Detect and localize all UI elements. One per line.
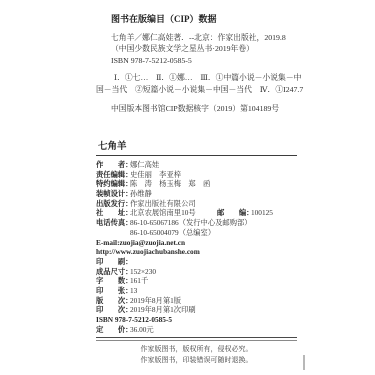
field-label: 作 者： <box>96 160 130 170</box>
field-value: 陈 涛 杨玉梅 郑 函 <box>130 179 210 188</box>
email-text: E-mail:zuojia@zuojia.net.cn <box>96 238 185 247</box>
return-notice: 作家版图书，印装错误可随时退换。 <box>96 355 297 366</box>
colophon-row-publisher: 出版发行：作家出版社有限公司 <box>96 199 297 209</box>
cip-class-line-2: 国－当代 ②短篇小说－小说集－中国－当代 Ⅳ．①I247.7 <box>96 84 308 95</box>
cip-class-line-1: Ⅰ．①七… Ⅱ．①娜… Ⅲ．①中篇小说－小说集－中 <box>96 72 308 83</box>
colophon-row-email: E-mail:zuojia@zuojia.net.cn <box>96 238 297 248</box>
colophon-row-address: 社 址：北京农展馆南里10号 邮 编：100125 <box>96 208 297 218</box>
colophon-row-price: 定 价：36.00元 <box>96 325 297 335</box>
colophon-row-website: http://www.zuojiachubanshe.com <box>96 247 297 257</box>
cip-entry-line-1: 七角羊／娜仁高娃著．--北京：作家出版社，2019.8 <box>96 32 308 43</box>
spacer <box>96 95 308 103</box>
cip-header: 图书在版编目（CIP）数据 <box>96 14 308 25</box>
title-rule <box>96 155 297 156</box>
field-value: 86-10-65004079（总编室） <box>130 228 215 237</box>
field-value: 史佳丽 李亚梓 <box>130 170 181 179</box>
field-label: 印 次： <box>96 305 130 315</box>
field-label: 装帧设计： <box>96 189 130 199</box>
field-label: 电话传真： <box>96 218 130 228</box>
field-label: 出版发行： <box>96 199 130 209</box>
colophon-row-word-count: 字 数：161千 <box>96 276 297 286</box>
field-label: 责任编辑： <box>96 170 130 180</box>
colophon-row-trim-size: 成品尺寸：152×230 <box>96 267 297 277</box>
page-edge-mark <box>303 355 305 370</box>
field-value: 孙维静 <box>130 189 152 198</box>
field-label: 社 址： <box>96 208 130 218</box>
field-value: 13 <box>130 286 137 295</box>
colophon-row-sheets: 印 张：13 <box>96 286 297 296</box>
colophon-row-designer: 装帧设计：孙维静 <box>96 189 297 199</box>
colophon-row-printer: 印 刷： <box>96 257 297 267</box>
field-value: 36.00元 <box>130 325 154 334</box>
isbn-text: ISBN 978-7-5212-0585-5 <box>96 315 172 324</box>
colophon-row-author: 作 者：娜仁高娃 <box>96 160 297 170</box>
cip-block: 图书在版编目（CIP）数据 七角羊／娜仁高娃著．--北京：作家出版社，2019.… <box>96 14 308 114</box>
bottom-double-rule <box>96 337 297 341</box>
legal-notes: 作家版图书，版权所有，侵权必究。 作家版图书，印装错误可随时退换。 <box>96 344 297 365</box>
field-value: 娜仁高娃 <box>130 160 159 169</box>
field-label: 定 价： <box>96 325 130 335</box>
colophon-row-editor: 责任编辑：史佳丽 李亚梓 <box>96 170 297 180</box>
colophon-row-special-editor: 特约编辑：陈 涛 杨玉梅 郑 函 <box>96 179 297 189</box>
colophon-row-isbn: ISBN 978-7-5212-0585-5 <box>96 315 297 325</box>
copyright-notice: 作家版图书，版权所有，侵权必究。 <box>96 344 297 355</box>
field-value: 2019年8月第1次印刷 <box>130 305 196 314</box>
field-label: 字 数： <box>96 276 130 286</box>
colophon-row-edition: 版 次：2019年8月第1版 <box>96 296 297 306</box>
field-value: 161千 <box>130 276 148 285</box>
copyright-page: 图书在版编目（CIP）数据 七角羊／娜仁高娃著．--北京：作家出版社，2019.… <box>0 0 375 375</box>
field-value: 北京农展馆南里10号 <box>130 208 196 217</box>
website-text: http://www.zuojiachubanshe.com <box>96 247 200 256</box>
field-label: 印 张： <box>96 286 130 296</box>
cip-record-line: 中国版本图书馆CIP数据核字（2019）第104189号 <box>96 103 308 114</box>
cip-entry-line-3: ISBN 978-7-5212-0585-5 <box>96 55 308 66</box>
field-label: 成品尺寸： <box>96 267 130 277</box>
colophon-row-phone-2: 86-10-65004079（总编室） <box>96 228 297 238</box>
field-label: 邮 编： <box>217 208 251 218</box>
field-value: 86-10-65067186（发行中心及邮购部） <box>130 218 252 227</box>
field-value: 152×230 <box>130 267 156 276</box>
field-value: 作家出版社有限公司 <box>130 199 196 208</box>
colophon-block: 七角羊 作 者：娜仁高娃 责任编辑：史佳丽 李亚梓 特约编辑：陈 涛 杨玉梅 郑… <box>96 142 297 334</box>
cip-entry-line-2: （中国少数民族文学之星丛书·2019年卷） <box>96 43 308 54</box>
field-label: 印 刷： <box>96 257 130 267</box>
colophon-row-phone: 电话传真：86-10-65067186（发行中心及邮购部） <box>96 218 297 228</box>
postal-code-group: 邮 编：100125 <box>217 208 273 218</box>
field-label: 特约编辑： <box>96 179 130 189</box>
book-title: 七角羊 <box>96 142 297 153</box>
field-value: 2019年8月第1版 <box>130 296 181 305</box>
colophon-row-impression: 印 次：2019年8月第1次印刷 <box>96 305 297 315</box>
field-label: 版 次： <box>96 296 130 306</box>
field-value: 100125 <box>251 208 273 217</box>
